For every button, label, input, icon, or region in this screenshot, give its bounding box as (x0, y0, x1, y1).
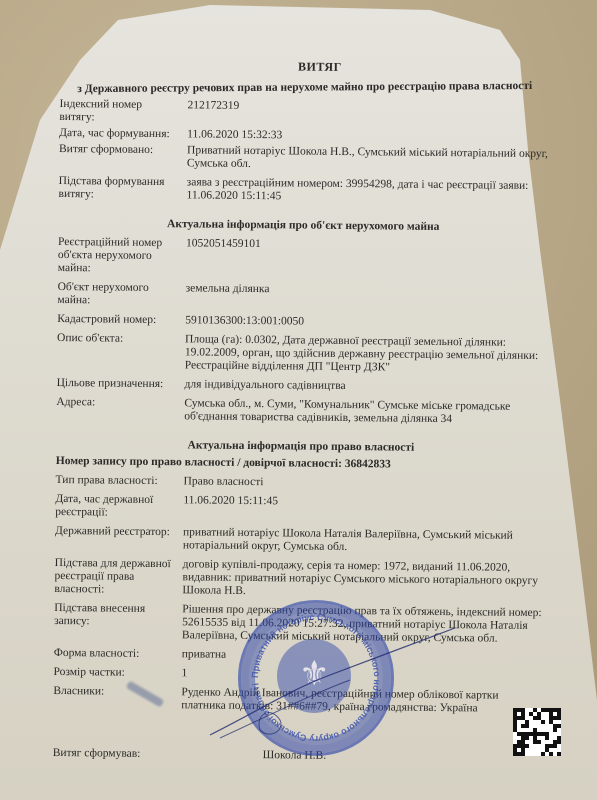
field-value: 11.06.2020 15:32:33 (187, 128, 549, 145)
field-row: Тип права власності: Право власності (56, 474, 546, 492)
document-subtitle: з Державного реєстру речових прав на нер… (60, 80, 550, 96)
field-value: 212172319 (187, 99, 549, 129)
field-row: Дата, час державної реєстрації: 11.06.20… (55, 493, 545, 524)
field-label: Розмір частки: (53, 666, 181, 680)
field-row: Підстава формування витягу: заява з реєс… (59, 175, 549, 206)
field-label: Кадастровий номер: (57, 313, 185, 327)
field-value: 1052051459101 (186, 237, 548, 280)
field-label: Підстава для державної реєстрації права … (54, 557, 182, 597)
field-label: Реєстраційний номер об'єкта нерухомого м… (58, 236, 186, 276)
field-row: Витяг сформовано: Приватний нотаріус Шок… (59, 143, 549, 174)
header-fields: Індексний номер витягу: 212172319 Дата, … (59, 98, 550, 206)
field-row: Кадастровий номер: 5910136300:13:001:005… (57, 313, 547, 331)
field-label: Форма власності: (54, 647, 182, 661)
field-value: Площа (га): 0.0302, Дата державної реєст… (185, 333, 547, 376)
field-value: 5910136300:13:001:0050 (185, 314, 547, 331)
field-value: заява з реєстраційним номером: 39954298,… (186, 176, 548, 206)
field-value: для індивідуального садівництва (185, 378, 547, 395)
field-label: Витяг сформовано: (59, 143, 187, 170)
field-row: Індексний номер витягу: 212172319 (59, 98, 549, 129)
field-value: договір купівлі-продажу, серія та номер:… (182, 558, 544, 601)
field-label: Дата, час державної реєстрації: (55, 493, 183, 520)
field-label: Цільове призначення: (57, 377, 185, 391)
ownership-record-number: Номер запису про право власності / довір… (56, 455, 546, 473)
field-label: Дата, час формування: (59, 127, 187, 141)
field-value: приватний нотаріус Шокола Наталія Валері… (183, 526, 545, 556)
field-label: Підстава внесення запису: (54, 602, 182, 642)
field-label: Підстава формування витягу: (59, 175, 187, 202)
field-row: Дата, час формування: 11.06.2020 15:32:3… (59, 127, 549, 145)
field-row: Підстава для державної реєстрації права … (54, 557, 544, 601)
field-row: Об'єкт нерухомого майна: земельна ділянк… (57, 281, 547, 312)
signature-label: Витяг сформував: (53, 747, 263, 762)
field-row: Цільове призначення: для індивідуального… (57, 377, 547, 395)
field-value: Сумська обл., м. Суми, "Комунальник" Сум… (184, 397, 546, 427)
field-row: Адреса: Сумська обл., м. Суми, "Комуналь… (56, 396, 546, 427)
signature-stroke-icon (200, 620, 460, 740)
field-label: Об'єкт нерухомого майна: (57, 281, 185, 308)
field-value: Приватний нотаріус Шокола Н.В., Сумський… (187, 144, 549, 174)
field-value: земельна ділянка (185, 282, 547, 312)
qr-code-icon (513, 708, 561, 756)
field-value: Право власності (184, 475, 546, 492)
field-row: Державний реєстратор: приватний нотаріус… (55, 525, 545, 556)
object-section-title: Актуальна інформація про об'єкт нерухомо… (58, 217, 548, 235)
ownership-section-title: Актуальна інформація про право власності (56, 438, 546, 456)
field-value: 11.06.2020 15:11:45 (183, 494, 545, 524)
field-label: Тип права власності: (56, 474, 184, 488)
field-label: Адреса: (56, 396, 184, 423)
field-label: Опис об'єкта: (57, 332, 185, 372)
field-label: Індексний номер витягу: (59, 98, 187, 125)
field-label: Державний реєстратор: (55, 525, 183, 552)
object-fields: Реєстраційний номер об'єкта нерухомого м… (56, 236, 548, 427)
field-row: Реєстраційний номер об'єкта нерухомого м… (58, 236, 548, 280)
field-row: Опис об'єкта: Площа (га): 0.0302, Дата д… (57, 332, 547, 376)
